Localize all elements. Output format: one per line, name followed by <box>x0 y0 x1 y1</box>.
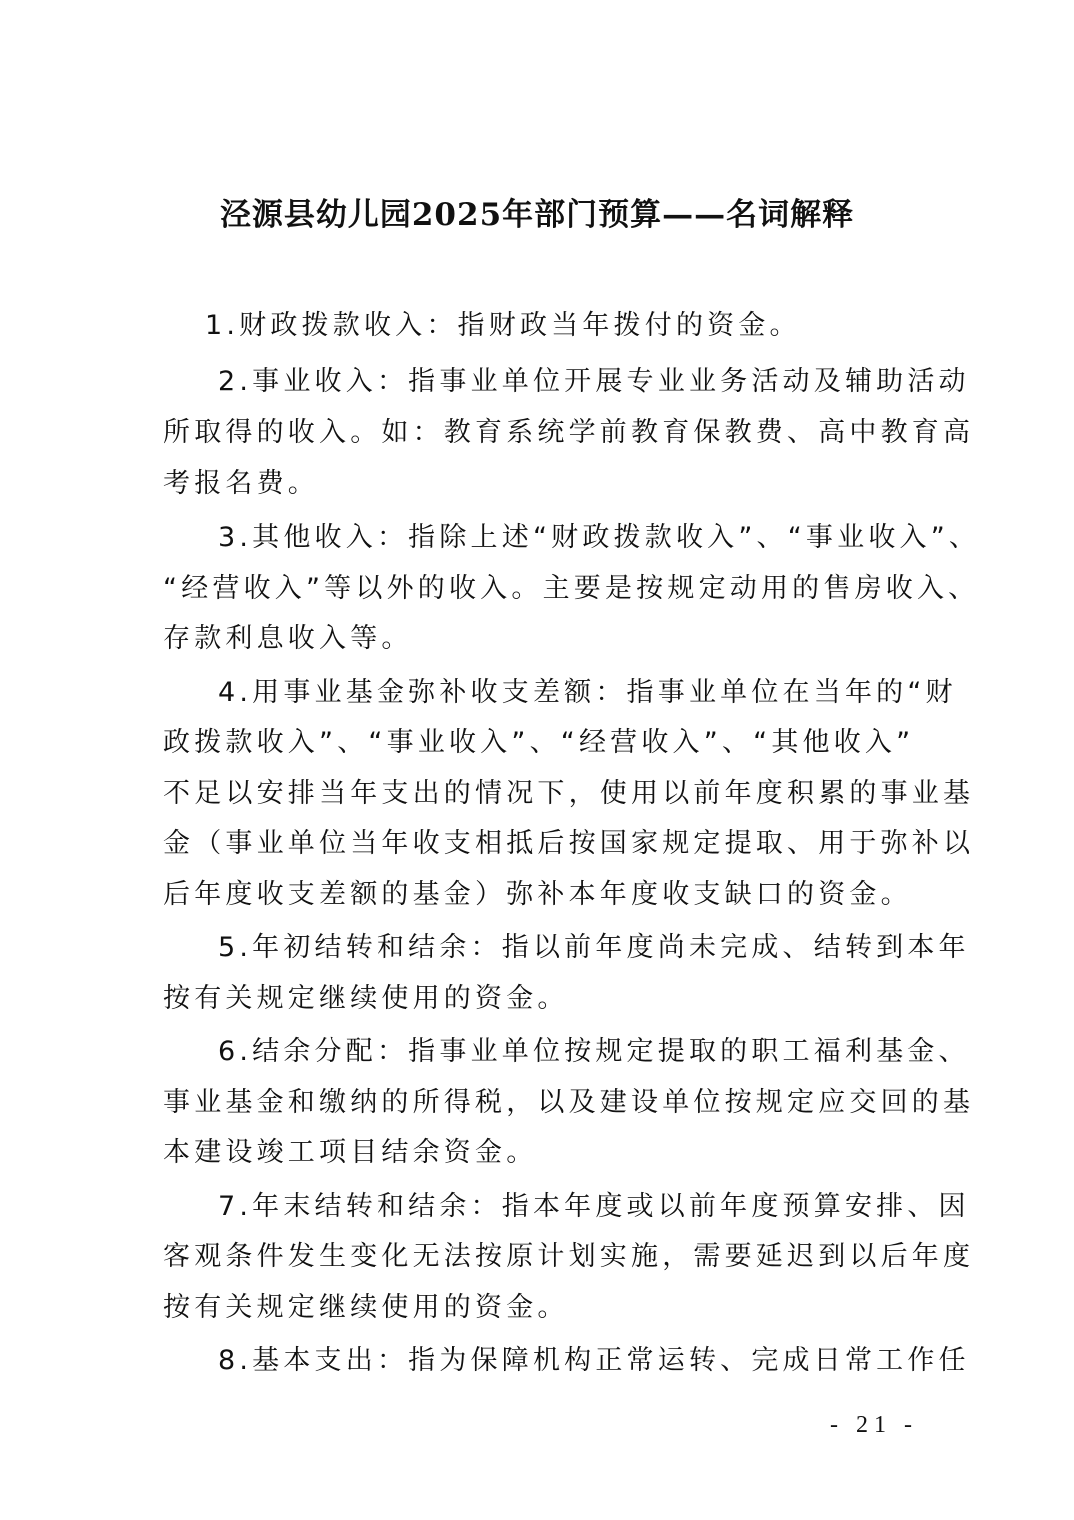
glossary-line: 8.基本支出：指为保障机构正常运转、完成日常工作任 <box>218 1341 978 1381</box>
glossary-line: 存款利息收入等。 <box>163 619 923 659</box>
glossary-line: “经营收入”等以外的收入。主要是按规定动用的售房收入、 <box>163 569 923 609</box>
glossary-line: 2.事业收入：指事业单位开展专业业务活动及辅助活动 <box>218 362 978 402</box>
glossary-line: 1.财政拨款收入：指财政当年拨付的资金。 <box>205 306 965 346</box>
glossary-line: 所取得的收入。如：教育系统学前教育保教费、高中教育高 <box>163 413 923 453</box>
glossary-line: 本建设竣工项目结余资金。 <box>163 1133 923 1173</box>
page-title: 泾源县幼儿园2025年部门预算——名词解释 <box>0 193 1074 237</box>
glossary-line: 后年度收支差额的基金）弥补本年度收支缺口的资金。 <box>163 875 923 915</box>
glossary-line: 金（事业单位当年收支相抵后按国家规定提取、用于弥补以 <box>163 824 923 864</box>
page-number: - 21 - <box>830 1412 918 1439</box>
glossary-line: 按有关规定继续使用的资金。 <box>163 979 923 1019</box>
glossary-line: 4.用事业基金弥补收支差额：指事业单位在当年的“财 <box>218 673 978 713</box>
glossary-line: 7.年末结转和结余：指本年度或以前年度预算安排、因 <box>218 1187 978 1227</box>
glossary-line: 考报名费。 <box>163 464 923 504</box>
glossary-line: 3.其他收入：指除上述“财政拨款收入”、“事业收入”、 <box>218 518 978 558</box>
glossary-line: 5.年初结转和结余：指以前年度尚未完成、结转到本年 <box>218 928 978 968</box>
glossary-line: 政拨款收入”、“事业收入”、“经营收入”、“其他收入” <box>163 723 923 763</box>
glossary-line: 事业基金和缴纳的所得税，以及建设单位按规定应交回的基 <box>163 1083 923 1123</box>
glossary-line: 按有关规定继续使用的资金。 <box>163 1288 923 1328</box>
glossary-line: 客观条件发生变化无法按原计划实施，需要延迟到以后年度 <box>163 1237 923 1277</box>
glossary-line: 6.结余分配：指事业单位按规定提取的职工福利基金、 <box>218 1032 978 1072</box>
glossary-line: 不足以安排当年支出的情况下，使用以前年度积累的事业基 <box>163 774 923 814</box>
